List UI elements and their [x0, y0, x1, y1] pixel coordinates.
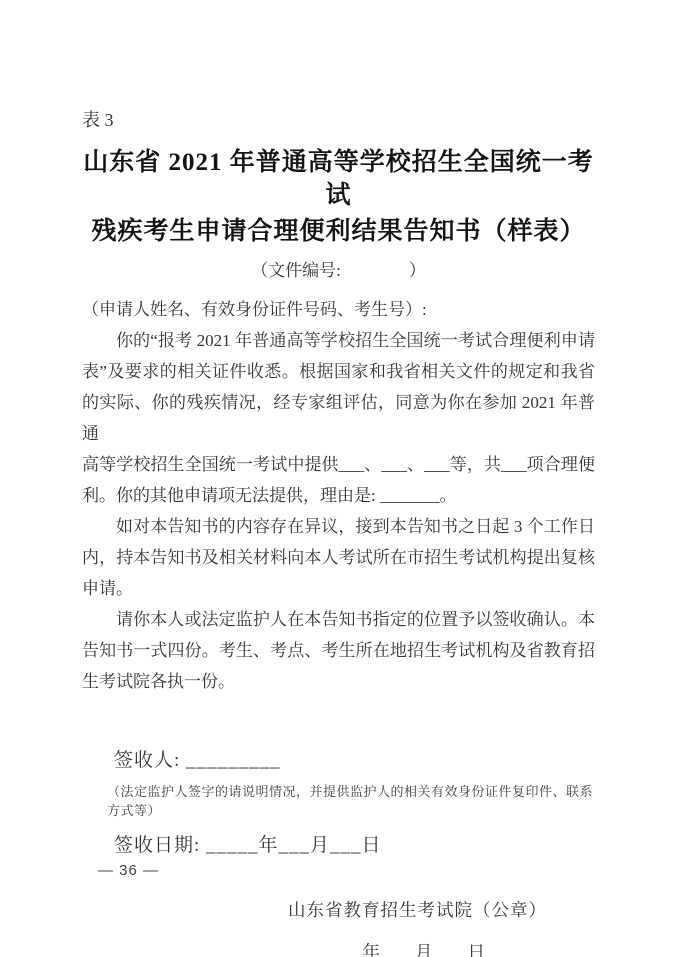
body-line: 如对本告知书的内容存在异议，接到本告知书之日起 3 个工作日	[82, 511, 595, 542]
body-line: 你的“报考 2021 年普通高等学校招生全国统一考试合理便利申请	[82, 325, 595, 356]
body-paragraph-2: 如对本告知书的内容存在异议，接到本告知书之日起 3 个工作日 内，持本告知书及相…	[82, 511, 595, 604]
agency-date-line: 年 月 日	[82, 939, 595, 957]
body-line: 请你本人或法定监护人在本告知书指定的位置予以签收确认。本	[82, 604, 595, 635]
body-line: 内，持本告知书及相关材料向本人考试所在市招生考试机构提出复核	[82, 542, 595, 573]
guardian-note: （法定监护人签字的请说明情况，并提供监护人的相关有效身份证件复印件、联系方式等）	[82, 781, 595, 819]
body-line: 的实际、你的残疾情况，经专家组评估，同意为你在参加 2021 年普通	[82, 387, 595, 449]
page-number: — 36 —	[98, 862, 159, 879]
document-page: 表 3 山东省 2021 年普通高等学校招生全国统一考试 残疾考生申请合理便利结…	[0, 0, 677, 957]
table-number-label: 表 3	[82, 110, 595, 132]
doc-number-line: （文件编号: ）	[82, 256, 595, 281]
document-content: 表 3 山东省 2021 年普通高等学校招生全国统一考试 残疾考生申请合理便利结…	[0, 110, 677, 957]
document-title-line1: 山东省 2021 年普通高等学校招生全国统一考试	[82, 146, 595, 214]
body-line: 告知书一式四份。考生、考点、考生所在地招生考试机构及省教育招	[82, 635, 595, 666]
body-paragraph-1: 你的“报考 2021 年普通高等学校招生全国统一考试合理便利申请 表”及要求的相…	[82, 325, 595, 511]
body-line: 表”及要求的相关证件收悉。根据国家和我省相关文件的规定和我省	[82, 356, 595, 387]
document-body: （申请人姓名、有效身份证件号码、考生号）: 你的“报考 2021 年普通高等学校…	[82, 294, 595, 697]
document-title-line2: 残疾考生申请合理便利结果告知书（样表）	[82, 215, 595, 249]
body-paragraph-3: 请你本人或法定监护人在本告知书指定的位置予以签收确认。本 告知书一式四份。考生、…	[82, 604, 595, 697]
agency-seal-line: 山东省教育招生考试院（公章）	[82, 897, 595, 922]
body-line: 申请。	[82, 573, 595, 604]
sign-date-line: 签收日期: _____年___月___日	[82, 830, 595, 857]
salutation-line: （申请人姓名、有效身份证件号码、考生号）:	[82, 294, 595, 325]
body-line: 生考试院各执一份。	[82, 666, 595, 697]
body-line-with-blanks: 高等学校招生全国统一考试中提供___、___、___等，共___项合理便	[82, 449, 595, 480]
body-line-with-blanks: 利。你的其他申请项无法提供，理由是: _______。	[82, 480, 595, 511]
signee-line: 签收人: _________	[82, 745, 595, 772]
